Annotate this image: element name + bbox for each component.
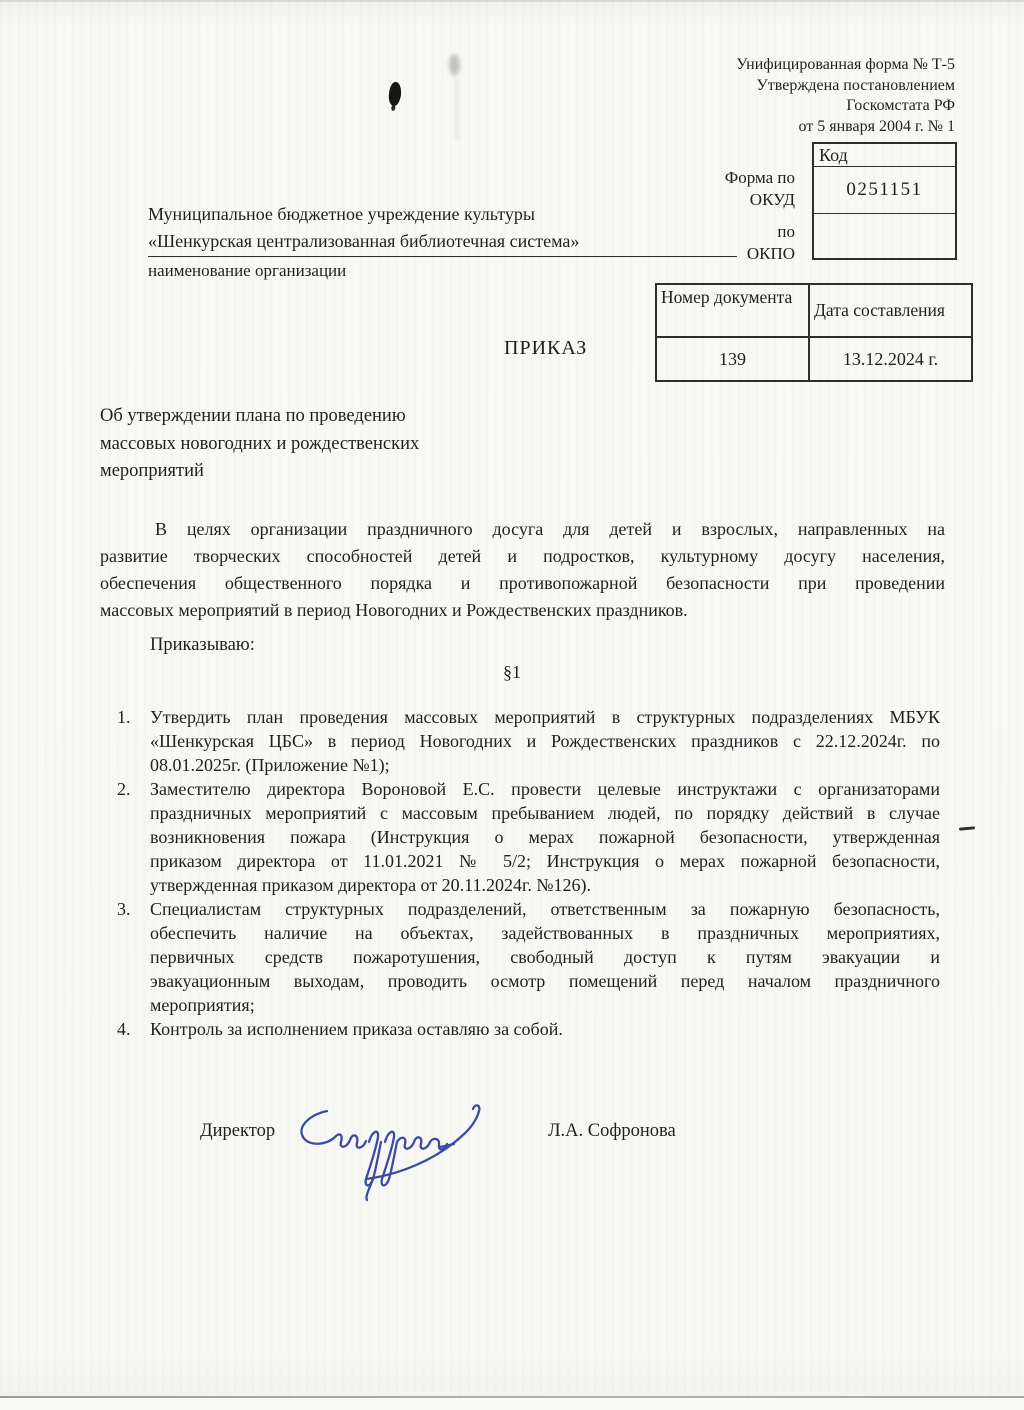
stamp-header-line: Утверждена постановлением — [736, 76, 955, 97]
subject-block: Об утверждении плана по проведению массо… — [100, 403, 419, 486]
director-signature — [293, 1093, 493, 1203]
form-label-okpo: по ОКПО — [747, 221, 795, 265]
item-number: 1. — [117, 705, 131, 729]
subject-line: мероприятий — [100, 458, 419, 486]
signature-name: Л.А. Софронова — [548, 1121, 676, 1142]
list-item-3: 3. Специалистам структурных подразделени… — [150, 897, 940, 1017]
item-line: утвержденная приказом директора от 20.11… — [150, 873, 940, 897]
organization-name-line1: Муниципальное бюджетное учреждение культ… — [148, 201, 737, 228]
item-line: эвакуационным выходам, проводить осмотр … — [150, 969, 940, 993]
doc-date-value: 13.12.2024 г. — [809, 337, 972, 381]
stray-pen-dash — [959, 826, 975, 830]
item-number: 2. — [117, 777, 131, 801]
item-line: обеспечить наличие на объектах, задейств… — [150, 921, 940, 945]
item-line: первичных средств пожаротушения, свободн… — [150, 945, 940, 969]
item-line: Специалистам структурных подразделений, … — [150, 897, 940, 921]
ink-blot — [388, 81, 403, 106]
list-item-4: 4. Контроль за исполнением приказа остав… — [150, 1017, 940, 1041]
okud-code-cell: 0251151 — [813, 167, 956, 214]
subject-line: массовых новогодних и рождественских — [100, 431, 419, 459]
stamp-header: Унифицированная форма № Т-5 Утверждена п… — [736, 55, 955, 137]
item-line: 08.01.2025г. (Приложение №1); — [150, 753, 940, 777]
list-item-2: 2. Заместителю директора Вороновой Е.С. … — [150, 777, 940, 897]
item-line: Утвердить план проведения массовых мероп… — [150, 705, 940, 729]
item-line: Заместителю директора Вороновой Е.С. про… — [150, 777, 940, 801]
intro-line: обеспечения общественного порядка и прот… — [100, 570, 945, 597]
organization-block: Муниципальное бюджетное учреждение культ… — [148, 201, 737, 284]
list-item-1: 1. Утвердить план проведения массовых ме… — [150, 705, 940, 777]
signature-role: Директор — [200, 1121, 275, 1142]
item-number: 3. — [117, 897, 131, 921]
organization-caption: наименование организации — [148, 257, 737, 284]
stamp-header-line: от 5 января 2004 г. № 1 — [736, 117, 955, 138]
section-mark: §1 — [0, 662, 1024, 683]
form-label-okpo-line: ОКПО — [747, 243, 795, 265]
intro-line: В целях организации праздничного досуга … — [100, 516, 945, 543]
doc-number-header: Номер документа — [656, 284, 809, 337]
intro-paragraph: В целях организации праздничного досуга … — [100, 516, 945, 624]
order-title: ПРИКАЗ — [504, 337, 587, 360]
okpo-code-cell — [813, 214, 956, 260]
item-line: возникновения пожара (Инструкция о мерах… — [150, 825, 940, 849]
item-line: приказом директора от 11.01.2021 № 5/2; … — [150, 849, 940, 873]
item-number: 4. — [117, 1017, 131, 1041]
intro-line: массовых мероприятий в период Новогодних… — [100, 597, 945, 624]
code-table: Код 0251151 — [812, 142, 957, 260]
scan-smudge — [449, 54, 460, 76]
scan-background-strip — [0, 1398, 1024, 1410]
form-label-okpo-line: по — [747, 221, 795, 243]
item-line: Контроль за исполнением приказа оставляю… — [150, 1017, 940, 1041]
stamp-header-line: Унифицированная форма № Т-5 — [736, 55, 955, 76]
item-line: мероприятия; — [150, 993, 940, 1017]
scan-streak — [455, 80, 459, 140]
organization-name-line2: «Шенкурская централизованная библиотечна… — [148, 228, 737, 257]
doc-number-value: 139 — [656, 337, 809, 381]
doc-info-table: Номер документа Дата составления 139 13.… — [655, 283, 973, 382]
order-items-list: 1. Утвердить план проведения массовых ме… — [150, 705, 940, 1041]
intro-line: развитие творческих способностей детей и… — [100, 543, 945, 570]
doc-date-header: Дата составления — [809, 284, 972, 337]
subject-line: Об утверждении плана по проведению — [100, 403, 419, 431]
stamp-header-line: Госкомстата РФ — [736, 96, 955, 117]
item-line: «Шенкурская ЦБС» в период Новогодних и Р… — [150, 729, 940, 753]
item-line: праздничных мероприятий с массовым пребы… — [150, 801, 940, 825]
command-word: Приказываю: — [150, 635, 255, 656]
form-label-okud-line: Форма по — [725, 167, 795, 189]
scanned-order-document: Унифицированная форма № Т-5 Утверждена п… — [0, 0, 1024, 1410]
code-table-header: Код — [813, 143, 956, 167]
